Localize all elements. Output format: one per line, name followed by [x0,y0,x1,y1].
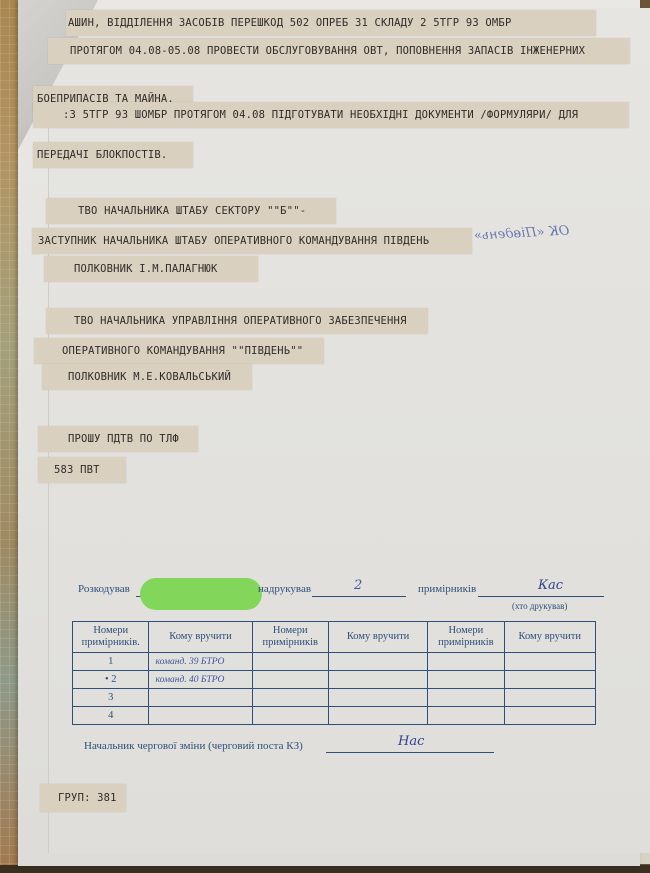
table-row: 4 [73,707,596,725]
table-row: • 2 команд. 40 БТРО [73,671,596,689]
empty-cell [504,653,595,671]
background-shadow [0,865,650,873]
copy-number: 4 [73,707,149,725]
empty-cell [328,707,427,725]
empty-cell [252,689,328,707]
header-deliver-to-3: Кому вручити [504,622,595,653]
telegram-document: АШИН, ВІДДІЛЕННЯ ЗАСОБІВ ПЕРЕШКОД 502 ОП… [18,0,640,866]
table-header-row: Номери примірників. Кому вручити Номери … [73,622,596,653]
printed-underline [312,596,406,597]
table-row: 3 [73,689,596,707]
header-copy-numbers-2: Номери примірників [252,622,328,653]
copy-number: 3 [73,689,149,707]
table-row: 1 команд. 39 БТРО [73,653,596,671]
empty-cell [428,707,504,725]
typed-strip-4: :3 5ТГР 93 ШОМБР ПРОТЯГОМ 04.08 ПІДГОТУВ… [33,102,629,128]
who-printed-note: (хто друкував) [512,601,567,611]
decoded-label: Розкодував [78,583,130,595]
request-line2: 583 ПВТ [38,457,126,483]
header-deliver-to-2: Кому вручити [328,622,427,653]
redacted-name [140,578,262,610]
signature-block-1-line3: ПОЛКОВНИК І.М.ПАЛАГНЮК [44,256,258,282]
recipient [149,707,252,725]
empty-cell [504,707,595,725]
empty-cell [328,653,427,671]
printer-signature-line [478,596,604,597]
signature-block-2-line1: ТВО НАЧАЛЬНИКА УПРАВЛІННЯ ОПЕРАТИВНОГО З… [46,308,428,334]
header-copy-numbers-1: Номери примірників. [73,622,149,653]
signature-block-2-line2: ОПЕРАТИВНОГО КОМАНДУВАННЯ ""ПІВДЕНЬ"" [34,338,324,364]
empty-cell [428,671,504,689]
empty-cell [504,689,595,707]
printed-label: надрукував [258,583,311,595]
copy-number: 1 [73,653,149,671]
printed-copies-value: 2 [354,578,362,593]
recipient: команд. 40 БТРО [149,671,252,689]
header-copy-numbers-3: Номери примірників [428,622,504,653]
typed-strip-2: ПРОТЯГОМ 04.08-05.08 ПРОВЕСТИ ОБСЛУГОВУВ… [48,38,630,64]
recipient: команд. 39 БТРО [149,653,252,671]
empty-cell [428,689,504,707]
typed-strip-5: ПЕРЕДАЧІ БЛОКПОСТІВ. [33,142,193,168]
header-deliver-to-1: Кому вручити [149,622,252,653]
footer-group-code: ГРУП: 381 [40,784,126,812]
typed-strip-1: АШИН, ВІДДІЛЕННЯ ЗАСОБІВ ПЕРЕШКОД 502 ОП… [66,10,596,36]
copy-number: • 2 [73,671,149,689]
shift-chief-label: Начальник чергової зміни (черговий поста… [84,740,303,752]
empty-cell [328,671,427,689]
shift-chief-signature: Нас [398,734,424,749]
printer-signature: Кас [538,578,563,593]
signature-block-1-line1: ТВО НАЧАЛЬНИКА ШТАБУ СЕКТОРУ ""Б""- [46,198,336,224]
empty-cell [504,671,595,689]
empty-cell [252,653,328,671]
empty-cell [428,653,504,671]
copies-label: примірників [418,583,476,595]
recipient [149,689,252,707]
signature-block-1-line2: ЗАСТУПНИК НАЧАЛЬНИКА ШТАБУ ОПЕРАТИВНОГО … [32,228,472,254]
empty-cell [328,689,427,707]
request-line1: ПРОШУ ПДТВ ПО ТЛФ [38,426,198,452]
empty-cell [252,671,328,689]
shift-chief-signature-line [326,752,494,753]
signature-block-2-line3: ПОЛКОВНИК М.Е.КОВАЛЬСЬКИЙ [42,364,252,390]
distribution-table: Номери примірників. Кому вручити Номери … [72,621,596,725]
empty-cell [252,707,328,725]
